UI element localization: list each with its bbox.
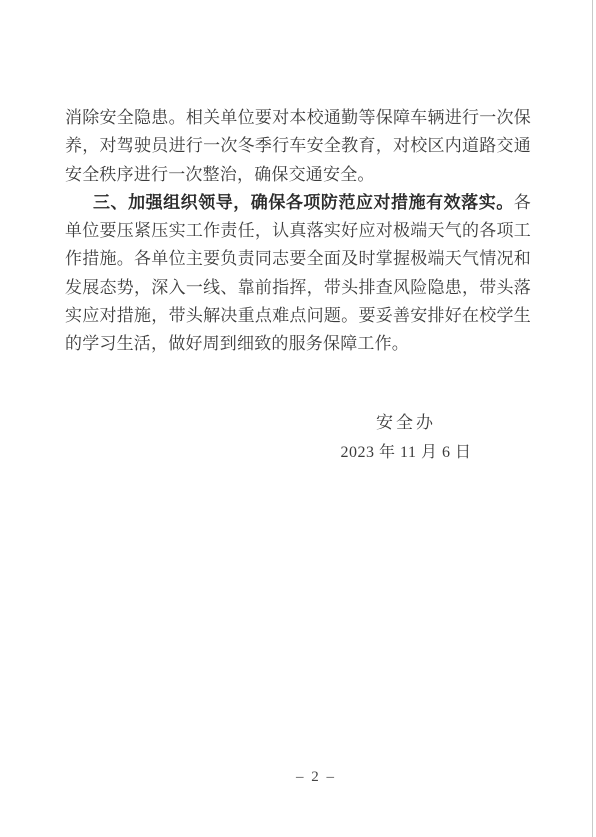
scan-edge-line xyxy=(592,0,593,837)
signer-name: 安全办 xyxy=(281,410,531,436)
section-3-heading: 三、加强组织领导，确保各项防范应对措施有效落实。 xyxy=(93,193,514,212)
page-number: – 2 – xyxy=(36,767,596,787)
signature-block: 安全办 2023 年 11 月 6 日 xyxy=(281,410,531,466)
paragraph-section-3: 三、加强组织领导，确保各项防范应对措施有效落实。各单位要压紧压实工作责任，认真落… xyxy=(65,189,531,359)
section-3-body-text: 各单位要压紧压实工作责任，认真落实好应对极端天气的各项工作措施。各单位主要负责同… xyxy=(65,193,531,353)
document-page: 消除安全隐患。相关单位要对本校通勤等保障车辆进行一次保养，对驾驶员进行一次冬季行… xyxy=(0,0,596,837)
document-body: 消除安全隐患。相关单位要对本校通勤等保障车辆进行一次保养，对驾驶员进行一次冬季行… xyxy=(65,104,531,359)
paragraph-continuation: 消除安全隐患。相关单位要对本校通勤等保障车辆进行一次保养，对驾驶员进行一次冬季行… xyxy=(65,104,531,189)
signature-date: 2023 年 11 月 6 日 xyxy=(281,440,531,466)
